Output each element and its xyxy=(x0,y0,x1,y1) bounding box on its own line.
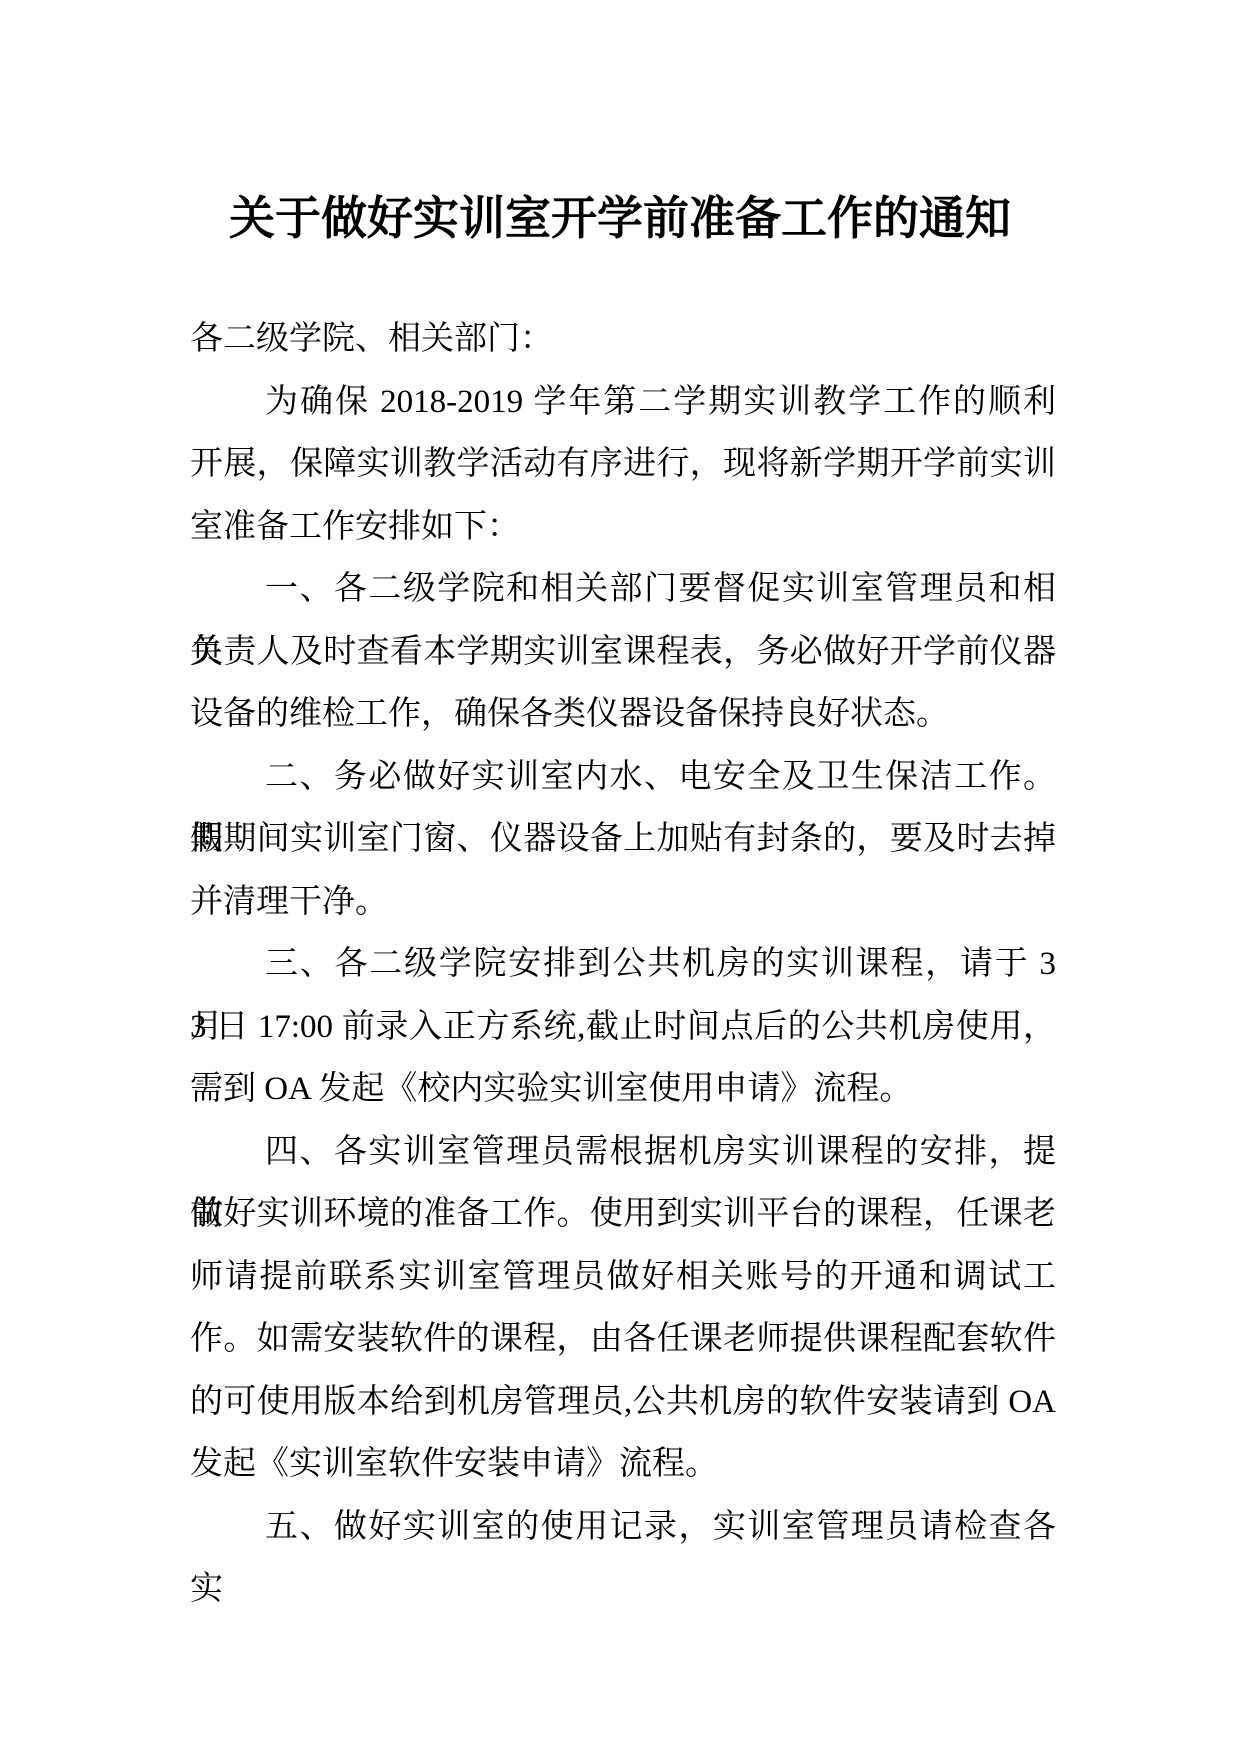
text-line: 作。如需安装软件的课程，由各任课老师提供课程配套软件 xyxy=(190,1308,1056,1371)
text-line: 并清理干净。 xyxy=(190,871,1056,934)
item-3-paragraph: 三、各二级学院安排到公共机房的实训课程，请于 3 月 3 日 17:00 前录入… xyxy=(190,933,1056,1121)
text-line: 二、务必做好实训室内水、电安全及卫生保洁工作。假 xyxy=(190,746,1056,809)
item-2-paragraph: 二、务必做好实训室内水、电安全及卫生保洁工作。假 期期间实训室门窗、仪器设备上加… xyxy=(190,746,1056,934)
text-line: 为确保 2018-2019 学年第二学期实训教学工作的顺利 xyxy=(190,371,1056,434)
text-line: 一、各二级学院和相关部门要督促实训室管理员和相关 xyxy=(190,558,1056,621)
intro-paragraph: 为确保 2018-2019 学年第二学期实训教学工作的顺利 开展，保障实训教学活… xyxy=(190,371,1056,559)
item-1-paragraph: 一、各二级学院和相关部门要督促实训室管理员和相关 负责人及时查看本学期实训室课程… xyxy=(190,558,1056,746)
notice-document: 关于做好实训室开学前准备工作的通知 各二级学院、相关部门： 为确保 2018-2… xyxy=(0,0,1240,1753)
text-line: 室准备工作安排如下： xyxy=(190,496,1056,559)
text-line: 期期间实训室门窗、仪器设备上加贴有封条的，要及时去掉 xyxy=(190,808,1056,871)
text-line: 五、做好实训室的使用记录，实训室管理员请检查各实 xyxy=(190,1496,1056,1559)
text-line: 三、各二级学院安排到公共机房的实训课程，请于 3 月 xyxy=(190,933,1056,996)
text-line: 四、各实训室管理员需根据机房实训课程的安排，提前 xyxy=(190,1121,1056,1184)
salutation-paragraph: 各二级学院、相关部门： xyxy=(190,308,1056,371)
item-5-paragraph: 五、做好实训室的使用记录，实训室管理员请检查各实 xyxy=(190,1496,1056,1559)
text-line: 3 日 17:00 前录入正方系统,截止时间点后的公共机房使用， xyxy=(190,996,1056,1059)
text-line: 需到 OA 发起《校内实验实训室使用申请》流程。 xyxy=(190,1058,1056,1121)
item-4-paragraph: 四、各实训室管理员需根据机房实训课程的安排，提前 做好实训环境的准备工作。使用到… xyxy=(190,1121,1056,1496)
salutation-line: 各二级学院、相关部门： xyxy=(190,308,1056,371)
document-title: 关于做好实训室开学前准备工作的通知 xyxy=(0,186,1240,250)
text-line: 的可使用版本给到机房管理员,公共机房的软件安装请到 OA xyxy=(190,1371,1056,1434)
text-line: 设备的维检工作，确保各类仪器设备保持良好状态。 xyxy=(190,683,1056,746)
text-line: 师请提前联系实训室管理员做好相关账号的开通和调试工 xyxy=(190,1246,1056,1309)
text-line: 开展，保障实训教学活动有序进行，现将新学期开学前实训 xyxy=(190,433,1056,496)
document-body: 各二级学院、相关部门： 为确保 2018-2019 学年第二学期实训教学工作的顺… xyxy=(190,308,1056,1558)
text-line: 发起《实训室软件安装申请》流程。 xyxy=(190,1433,1056,1496)
document-page: { "document": { "title": "关于做好实训室开学前准备工作… xyxy=(0,0,1240,1753)
text-line: 做好实训环境的准备工作。使用到实训平台的课程，任课老 xyxy=(190,1183,1056,1246)
text-line: 负责人及时查看本学期实训室课程表，务必做好开学前仪器 xyxy=(190,621,1056,684)
